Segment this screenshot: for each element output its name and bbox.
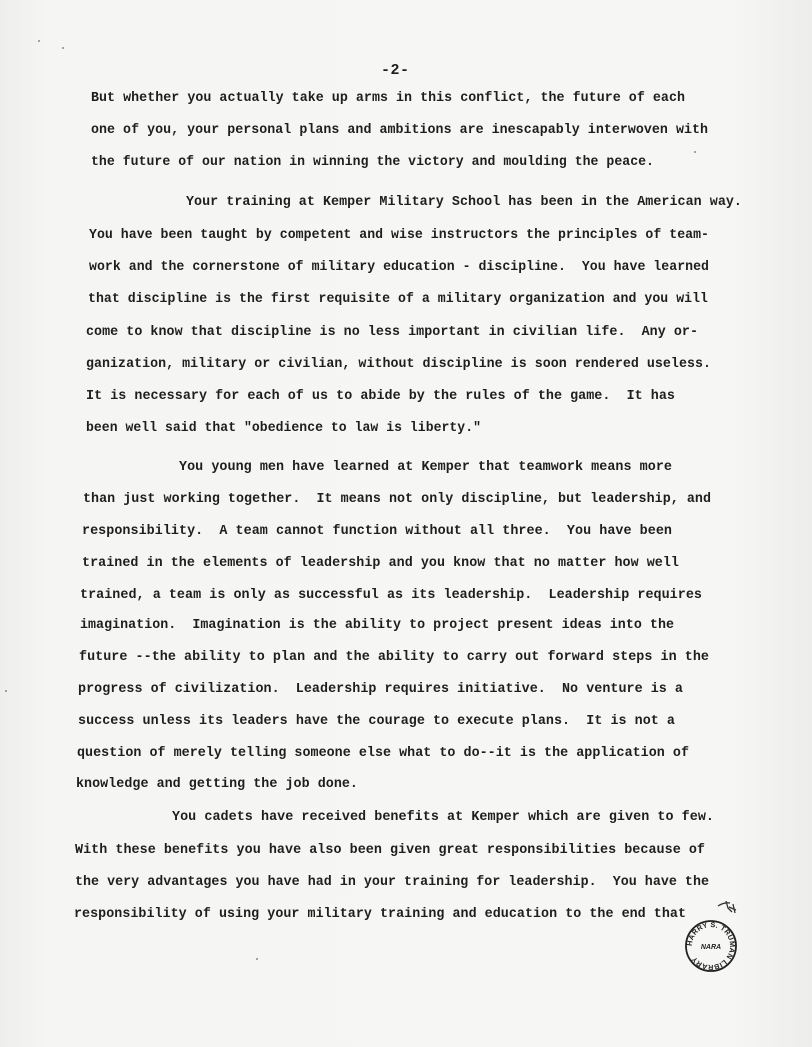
- text-line: come to know that discipline is no less …: [86, 324, 698, 340]
- text-line: knowledge and getting the job done.: [76, 776, 358, 792]
- truman-library-stamp-icon: HARRY S. TRUMAN LIBRARY NARA: [684, 919, 738, 973]
- text-line: responsibility of using your military tr…: [74, 906, 686, 922]
- handwritten-mark-icon: [716, 898, 740, 918]
- text-line: It is necessary for each of us to abide …: [86, 388, 675, 404]
- text-line: responsibility. A team cannot function w…: [82, 523, 672, 539]
- text-line: that discipline is the first requisite o…: [88, 291, 708, 307]
- stamp-center-text: NARA: [701, 944, 721, 951]
- text-line: imagination. Imagination is the ability …: [80, 617, 674, 633]
- text-line: than just working together. It means not…: [83, 491, 711, 507]
- text-line: Your training at Kemper Military School …: [186, 194, 742, 210]
- text-line: With these benefits you have also been g…: [75, 842, 705, 858]
- text-line: the future of our nation in winning the …: [91, 154, 654, 170]
- text-line: question of merely telling someone else …: [77, 745, 689, 761]
- text-line: progress of civilization. Leadership req…: [78, 681, 683, 697]
- text-line: one of you, your personal plans and ambi…: [91, 122, 708, 138]
- text-line: But whether you actually take up arms in…: [91, 90, 685, 106]
- text-line: You young men have learned at Kemper tha…: [179, 459, 672, 475]
- text-line: future --the ability to plan and the abi…: [79, 649, 709, 665]
- text-line: success unless its leaders have the cour…: [78, 713, 675, 729]
- text-line: work and the cornerstone of military edu…: [89, 259, 709, 275]
- page-number: -2-: [381, 62, 410, 79]
- text-line: You have been taught by competent and wi…: [89, 227, 709, 243]
- document-page: -2- But whether you actually take up arm…: [0, 0, 812, 1047]
- text-line: ganization, military or civilian, withou…: [86, 356, 711, 372]
- text-line: the very advantages you have had in your…: [75, 874, 709, 890]
- text-line: trained, a team is only as successful as…: [80, 587, 702, 603]
- text-line: trained in the elements of leadership an…: [82, 555, 679, 571]
- text-line: You cadets have received benefits at Kem…: [172, 809, 714, 825]
- text-line: been well said that "obedience to law is…: [86, 420, 481, 436]
